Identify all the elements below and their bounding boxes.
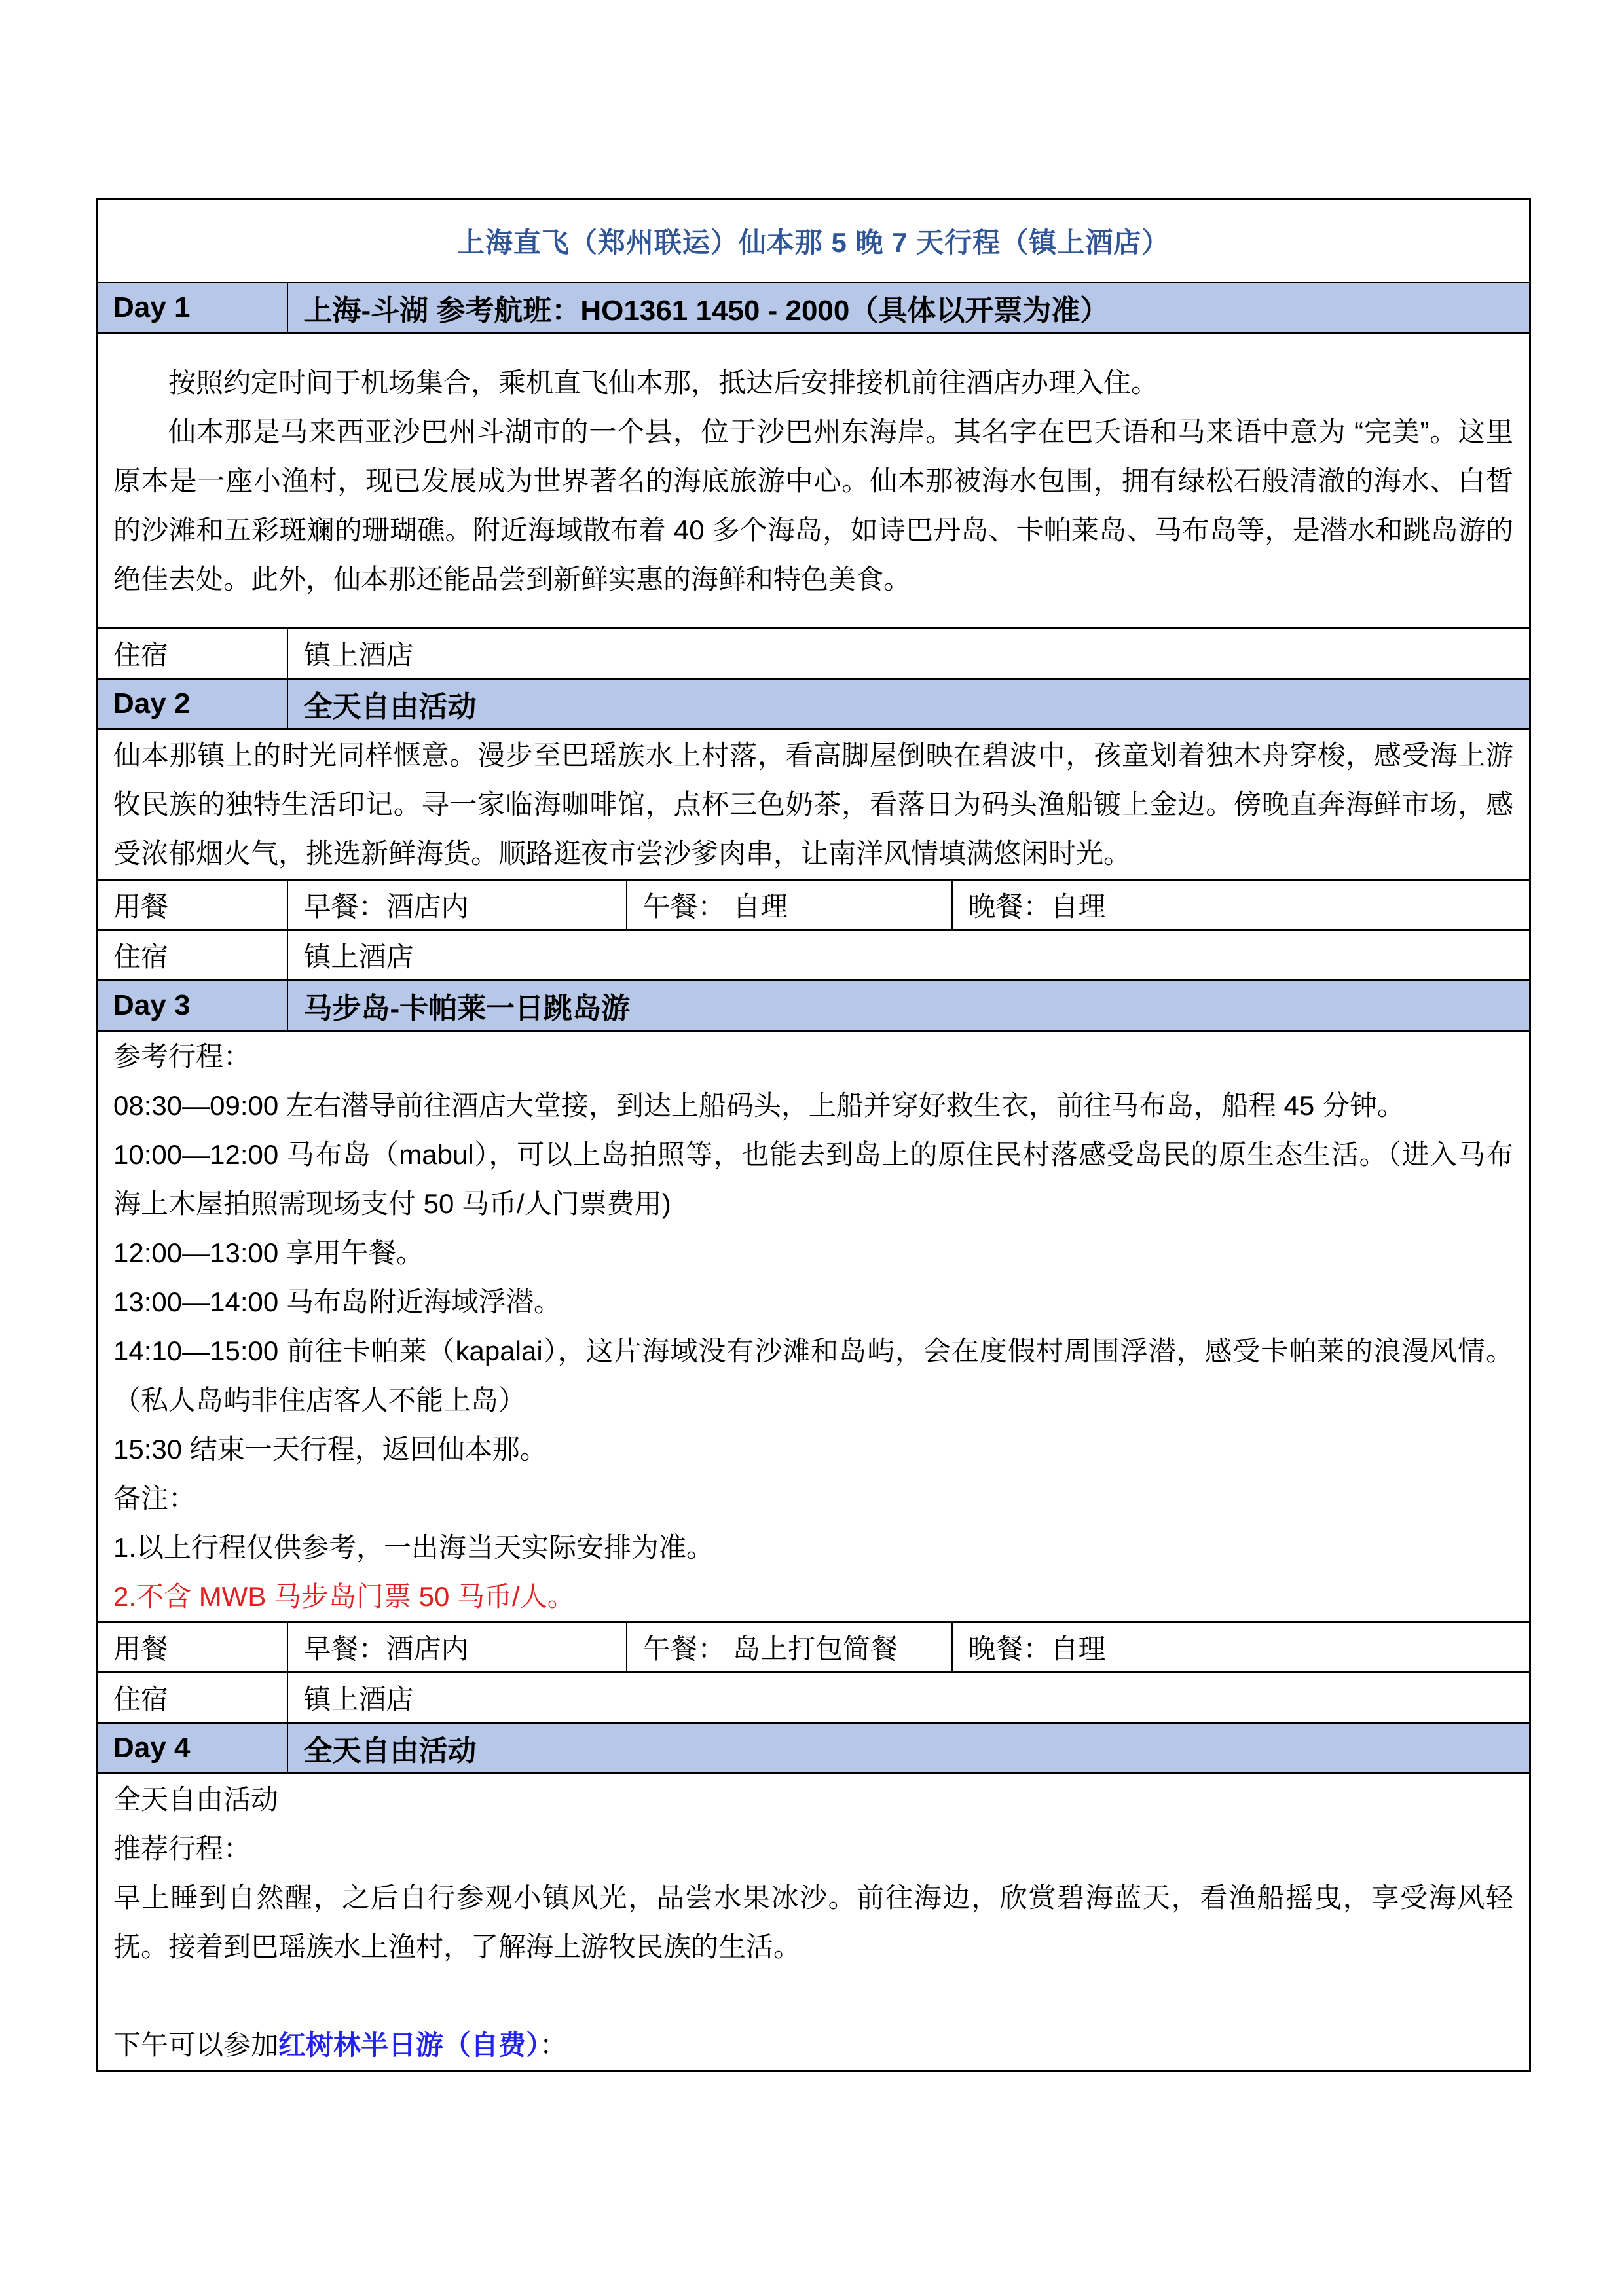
- day3-line: 备注：: [113, 1474, 1513, 1523]
- day2-description-cell: 仙本那镇上的时光同样惬意。漫步至巴瑶族水上村落，看高脚屋倒映在碧波中，孩童划着独…: [97, 729, 1530, 880]
- day1-header-row: Day 1 上海-斗湖 参考航班：HO1361 1450 - 2000（具体以开…: [97, 283, 1530, 333]
- day4-afternoon-suffix: ：: [540, 2030, 567, 2060]
- day1-stay-row: 住宿 镇上酒店: [97, 629, 1530, 679]
- day3-meals-row: 用餐 早餐：酒店内 午餐： 岛上打包简餐 晚餐：自理: [97, 1622, 1530, 1673]
- day3-activity-title: 马步岛-卡帕莱一日跳岛游: [287, 981, 1530, 1031]
- day3-line: 1.以上行程仅供参考，一出海当天实际安排为准。: [113, 1523, 1513, 1572]
- day1-desc-row: 按照约定时间于机场集合，乘机直飞仙本那，抵达后安排接机前往酒店办理入住。 仙本那…: [97, 333, 1530, 629]
- day1-flight-info: 上海-斗湖 参考航班：HO1361 1450 - 2000（具体以开票为准）: [287, 283, 1530, 333]
- meals-label: 用餐: [97, 1622, 287, 1673]
- day1-description-cell: 按照约定时间于机场集合，乘机直飞仙本那，抵达后安排接机前往酒店办理入住。 仙本那…: [97, 333, 1530, 629]
- day3-line: 10:00—12:00 马布岛（mabul），可以上岛拍照等，也能去到岛上的原住…: [113, 1130, 1513, 1228]
- mangrove-halfday-tour-highlight: 红树林半日游（自费）: [278, 2030, 540, 2060]
- day2-header-row: Day 2 全天自由活动: [97, 679, 1530, 729]
- day2-lunch: 午餐： 自理: [627, 880, 952, 930]
- day2-stay-row: 住宿 镇上酒店: [97, 930, 1530, 981]
- document-page: 上海直飞（郑州联运）仙本那 5 晚 7 天行程（镇上酒店） Day 1 上海-斗…: [0, 0, 1624, 2296]
- day3-desc-row: 参考行程： 08:30—09:00 左右潜导前往酒店大堂接，到达上船码头，上船并…: [97, 1031, 1530, 1622]
- day4-desc-row: 全天自由活动 推荐行程： 早上睡到自然醒，之后自行参观小镇风光，品尝水果冰沙。前…: [97, 1774, 1530, 2071]
- itinerary-table: 上海直飞（郑州联运）仙本那 5 晚 7 天行程（镇上酒店） Day 1 上海-斗…: [96, 198, 1531, 2072]
- day1-label: Day 1: [97, 283, 287, 333]
- meals-label: 用餐: [97, 880, 287, 930]
- day1-stay-value: 镇上酒店: [287, 629, 1530, 679]
- day4-label: Day 4: [97, 1723, 287, 1774]
- day2-paragraph: 仙本那镇上的时光同样惬意。漫步至巴瑶族水上村落，看高脚屋倒映在碧波中，孩童划着独…: [113, 731, 1513, 878]
- day3-description-cell: 参考行程： 08:30—09:00 左右潜导前往酒店大堂接，到达上船码头，上船并…: [97, 1031, 1530, 1622]
- day3-stay-row: 住宿 镇上酒店: [97, 1673, 1530, 1723]
- day3-line: 14:10—15:00 前往卡帕莱（kapalai），这片海域没有沙滩和岛屿，会…: [113, 1326, 1513, 1425]
- day2-meals-row: 用餐 早餐：酒店内 午餐： 自理 晚餐：自理: [97, 880, 1530, 930]
- day1-paragraph-2: 仙本那是马来西亚沙巴州斗湖市的一个县，位于沙巴州东海岸。其名字在巴夭语和马来语中…: [113, 407, 1513, 604]
- day3-line: 15:30 结束一天行程，返回仙本那。: [113, 1425, 1513, 1474]
- day4-activity-title: 全天自由活动: [287, 1723, 1530, 1774]
- day2-activity-title: 全天自由活动: [287, 679, 1530, 729]
- stay-label: 住宿: [97, 1673, 287, 1723]
- day3-lunch: 午餐： 岛上打包简餐: [627, 1622, 952, 1673]
- day2-stay-value: 镇上酒店: [287, 930, 1530, 981]
- stay-label: 住宿: [97, 930, 287, 981]
- day2-dinner: 晚餐：自理: [952, 880, 1530, 930]
- day3-line: 参考行程：: [113, 1032, 1513, 1081]
- day4-description-cell: 全天自由活动 推荐行程： 早上睡到自然醒，之后自行参观小镇风光，品尝水果冰沙。前…: [97, 1774, 1530, 2071]
- day2-breakfast: 早餐：酒店内: [287, 880, 627, 930]
- day3-header-row: Day 3 马步岛-卡帕莱一日跳岛游: [97, 981, 1530, 1031]
- day3-stay-value: 镇上酒店: [287, 1673, 1530, 1723]
- day3-red-note: 2.不含 MWB 马步岛门票 50 马币/人。: [113, 1572, 1513, 1621]
- day4-blank-line: [113, 1971, 1513, 2020]
- day3-line: 08:30—09:00 左右潜导前往酒店大堂接，到达上船码头，上船并穿好救生衣，…: [113, 1081, 1513, 1130]
- day4-afternoon-prefix: 下午可以参加: [113, 2030, 278, 2060]
- day4-line-recommend: 推荐行程：: [113, 1824, 1513, 1873]
- title-row: 上海直飞（郑州联运）仙本那 5 晚 7 天行程（镇上酒店）: [97, 199, 1530, 283]
- day4-header-row: Day 4 全天自由活动: [97, 1723, 1530, 1774]
- day2-desc-row: 仙本那镇上的时光同样惬意。漫步至巴瑶族水上村落，看高脚屋倒映在碧波中，孩童划着独…: [97, 729, 1530, 880]
- day3-dinner: 晚餐：自理: [952, 1622, 1530, 1673]
- stay-label: 住宿: [97, 629, 287, 679]
- day4-line-free-activity: 全天自由活动: [113, 1775, 1513, 1824]
- document-title: 上海直飞（郑州联运）仙本那 5 晚 7 天行程（镇上酒店）: [97, 199, 1530, 283]
- day3-line: 13:00—14:00 马布岛附近海域浮潜。: [113, 1277, 1513, 1326]
- day4-paragraph: 早上睡到自然醒，之后自行参观小镇风光，品尝水果冰沙。前往海边，欣赏碧海蓝天，看渔…: [113, 1873, 1513, 1971]
- day4-afternoon-line: 下午可以参加红树林半日游（自费）：: [113, 2020, 1513, 2069]
- day3-label: Day 3: [97, 981, 287, 1031]
- day3-line: 12:00—13:00 享用午餐。: [113, 1228, 1513, 1277]
- day1-paragraph-1: 按照约定时间于机场集合，乘机直飞仙本那，抵达后安排接机前往酒店办理入住。: [113, 358, 1513, 407]
- day3-breakfast: 早餐：酒店内: [287, 1622, 627, 1673]
- day2-label: Day 2: [97, 679, 287, 729]
